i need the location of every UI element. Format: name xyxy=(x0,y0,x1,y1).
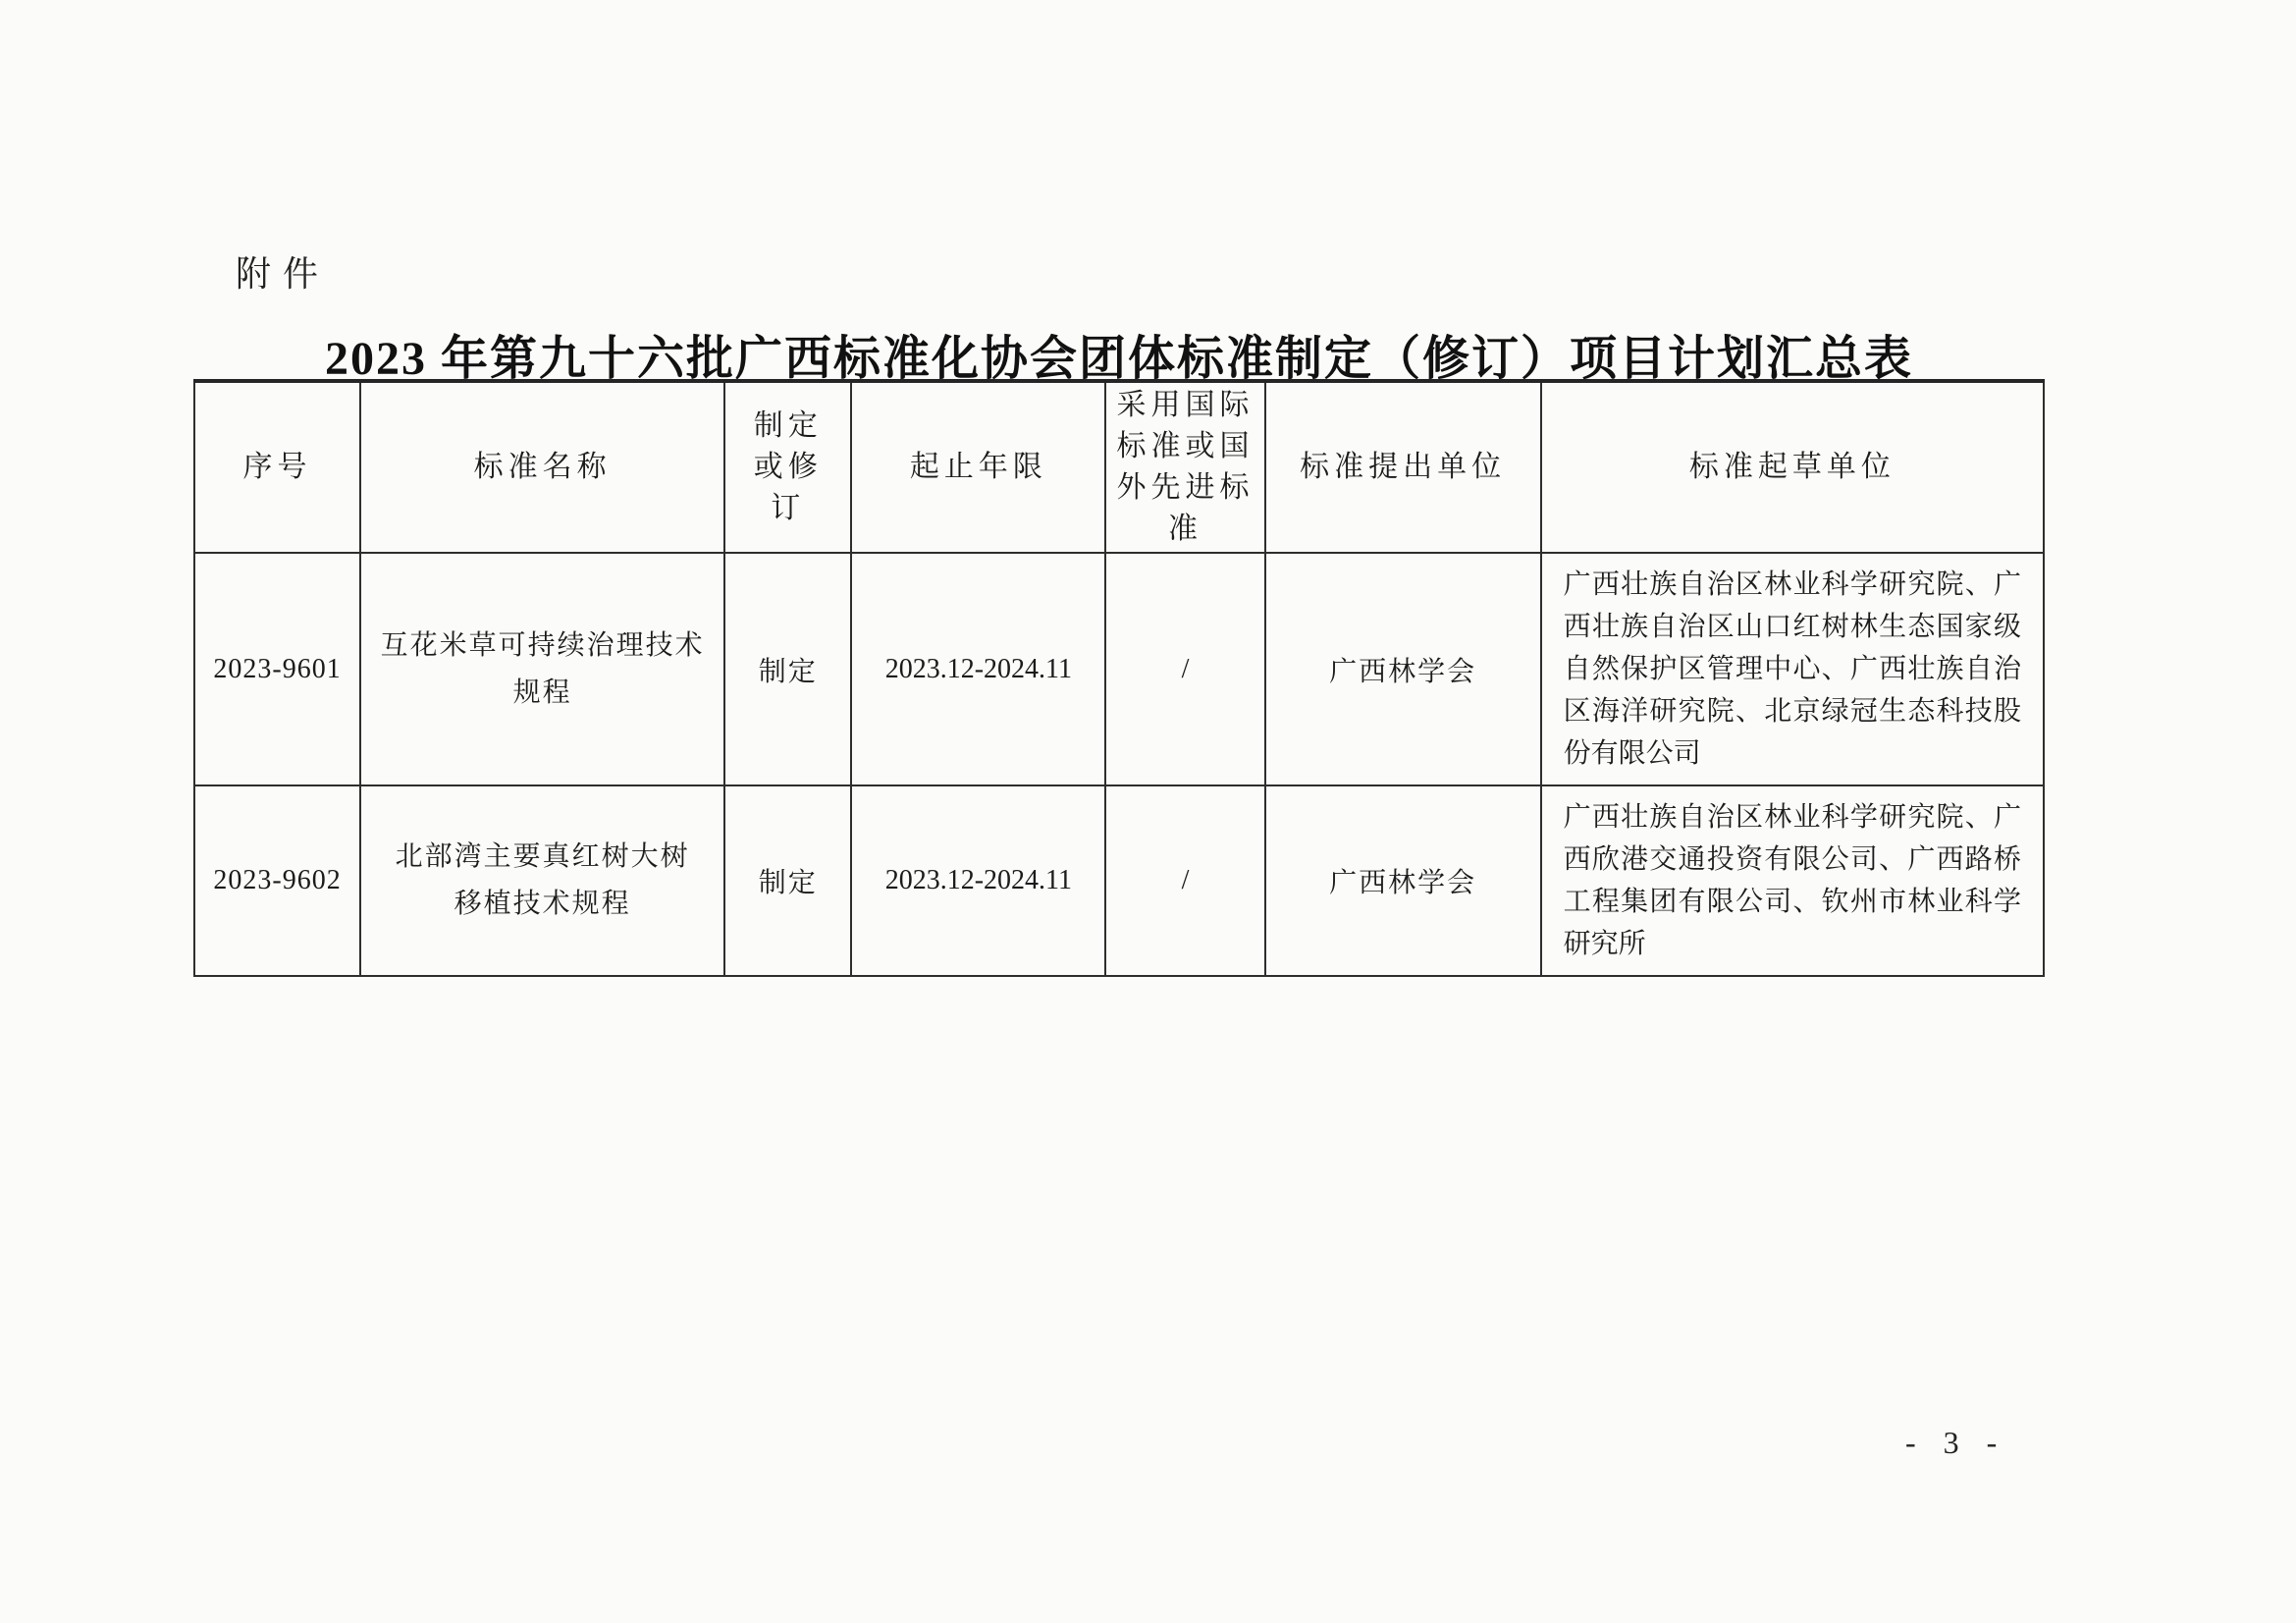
cell-period: 2023.12-2024.11 xyxy=(851,785,1105,976)
cell-type: 制定 xyxy=(724,785,851,976)
cell-standard-name: 北部湾主要真红树大树 移植技术规程 xyxy=(360,785,724,976)
header-proposer: 标准提出单位 xyxy=(1265,381,1541,553)
document-page: 附件 2023 年第九十六批广西标准化协会团体标准制定（修订）项目计划汇总表 序… xyxy=(0,0,2296,1623)
cell-seq: 2023-9602 xyxy=(194,785,360,976)
cell-intl-standard: / xyxy=(1105,785,1264,976)
document-title: 2023 年第九十六批广西标准化协会团体标准制定（修订）项目计划汇总表 xyxy=(193,320,2045,388)
header-drafters: 标准起草单位 xyxy=(1541,381,2044,553)
cell-intl-standard: / xyxy=(1105,553,1264,785)
page-number: - 3 - xyxy=(1905,1425,2006,1461)
header-type: 制定 或修 订 xyxy=(724,381,851,553)
header-seq: 序号 xyxy=(194,381,360,553)
header-period: 起止年限 xyxy=(851,381,1105,553)
cell-standard-name: 互花米草可持续治理技术 规程 xyxy=(360,553,724,785)
cell-drafters: 广西壮族自治区林业科学研究院、广西壮族自治区山口红树林生态国家级自然保护区管理中… xyxy=(1541,553,2044,785)
cell-proposer: 广西林学会 xyxy=(1265,785,1541,976)
header-intl-standard: 采用国际 标准或国 外先进标 准 xyxy=(1105,381,1264,553)
cell-period: 2023.12-2024.11 xyxy=(851,553,1105,785)
cell-drafters: 广西壮族自治区林业科学研究院、广西欣港交通投资有限公司、广西路桥工程集团有限公司… xyxy=(1541,785,2044,976)
standards-plan-table: 序号 标准名称 制定 或修 订 起止年限 采用国际 标准或国 外先进标 准 标准… xyxy=(193,379,2045,977)
table-row: 2023-9601 互花米草可持续治理技术 规程 制定 2023.12-2024… xyxy=(194,553,2044,785)
table-header-row: 序号 标准名称 制定 或修 订 起止年限 采用国际 标准或国 外先进标 准 标准… xyxy=(194,381,2044,553)
attachment-label: 附件 xyxy=(236,246,330,297)
table-row: 2023-9602 北部湾主要真红树大树 移植技术规程 制定 2023.12-2… xyxy=(194,785,2044,976)
header-standard-name: 标准名称 xyxy=(360,381,724,553)
cell-proposer: 广西林学会 xyxy=(1265,553,1541,785)
cell-type: 制定 xyxy=(724,553,851,785)
cell-seq: 2023-9601 xyxy=(194,553,360,785)
